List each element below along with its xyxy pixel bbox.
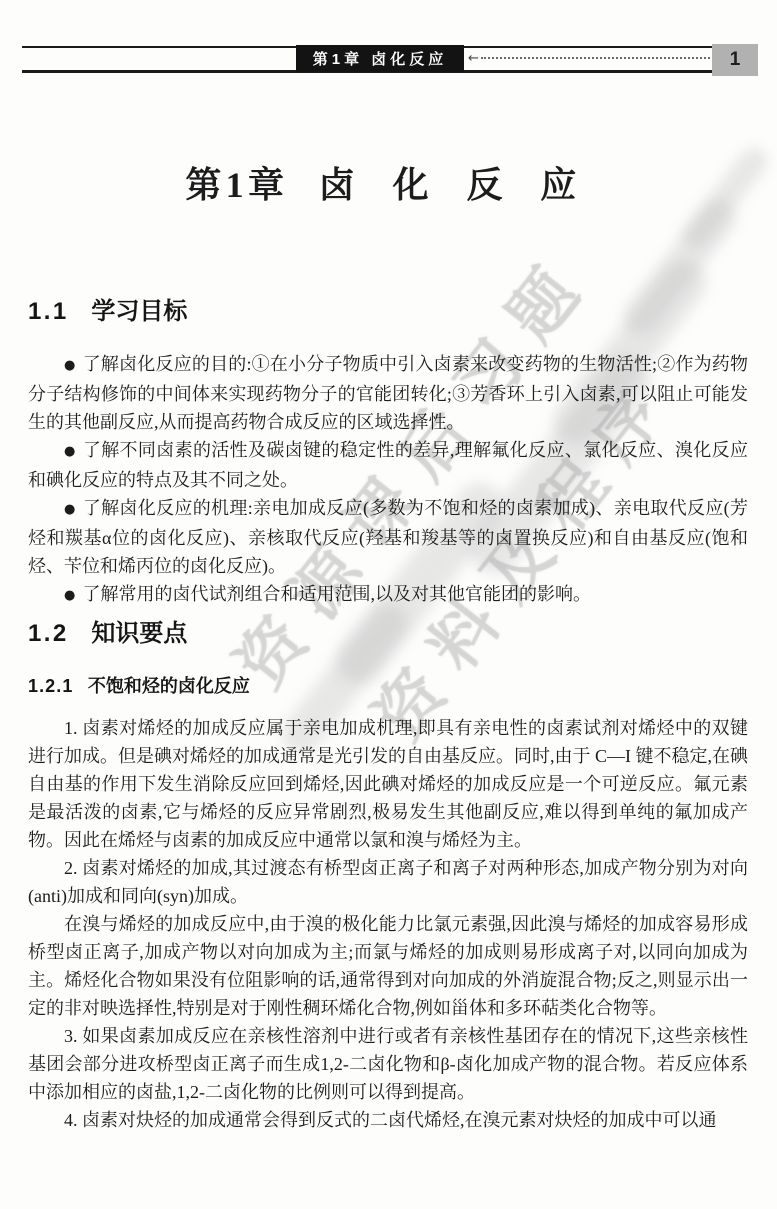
bullet-icon: ●	[64, 502, 76, 517]
bullet-item: ●了解常用的卤代试剂组合和适用范围,以及对其他官能团的影响。	[28, 580, 748, 610]
bullet-icon: ●	[64, 358, 76, 373]
paragraph: 4. 卤素对炔烃的加成通常会得到反式的二卤代烯烃,在溴元素对炔烃的加成中可以通	[28, 1106, 748, 1134]
bullet-item: ●了解卤化反应的目的:①在小分子物质中引入卤素来改变药物的生物活性;②作为药物分…	[28, 350, 748, 436]
bullet-item: ●了解卤化反应的机理:亲电加成反应(多数为不饱和烃的卤素加成)、亲电取代反应(芳…	[28, 494, 748, 580]
learning-goals-list: ●了解卤化反应的目的:①在小分子物质中引入卤素来改变药物的生物活性;②作为药物分…	[28, 350, 748, 610]
bullet-item: ●了解不同卤素的活性及碳卤键的稳定性的差异,理解氟化反应、氯化反应、溴化反应和碘…	[28, 436, 748, 494]
subsection-number: 1.2.1	[28, 676, 73, 696]
bullet-text: 了解常用的卤代试剂组合和适用范围,以及对其他官能团的影响。	[82, 584, 591, 604]
subsection-title: 不饱和烃的卤化反应	[88, 676, 250, 696]
paragraph: 在溴与烯烃的加成反应中,由于溴的极化能力比氯元素强,因此溴与烯烃的加成容易形成桥…	[28, 910, 748, 1022]
bullet-text: 了解不同卤素的活性及碳卤键的稳定性的差异,理解氟化反应、氯化反应、溴化反应和碘化…	[28, 440, 748, 490]
header-leader: ←	[468, 46, 710, 70]
chapter-name: 卤 化 反 应	[319, 165, 591, 205]
chapter-title: 第1章卤 化 反 应	[28, 0, 748, 210]
section-number: 1.1	[28, 298, 69, 325]
section-number: 1.2	[28, 620, 69, 647]
section-heading-1-2: 1.2知识要点	[28, 618, 748, 650]
running-header-chapter: 第1章 卤化反应	[296, 45, 464, 72]
page-number: 1	[730, 49, 741, 71]
bullet-icon: ●	[64, 444, 76, 459]
subsection-heading-1-2-1: 1.2.1不饱和烃的卤化反应	[28, 674, 748, 698]
section-title: 知识要点	[91, 620, 187, 647]
page-number-badge: 1	[712, 44, 758, 76]
bullet-text: 了解卤化反应的目的:①在小分子物质中引入卤素来改变药物的生物活性;②作为药物分子…	[28, 354, 748, 432]
paragraph: 3. 如果卤素加成反应在亲核性溶剂中进行或者有亲核性基团存在的情况下,这些亲核性…	[28, 1022, 748, 1106]
chapter-number: 第1章	[185, 165, 288, 205]
section-title: 学习目标	[91, 298, 187, 325]
page-content: 第1章卤 化 反 应 1.1学习目标 ●了解卤化反应的目的:①在小分子物质中引入…	[0, 0, 777, 1134]
bullet-icon: ●	[64, 588, 75, 603]
dotted-leader-line	[481, 57, 710, 59]
section-heading-1-1: 1.1学习目标	[28, 296, 748, 328]
key-points-body: 1. 卤素对烯烃的加成反应属于亲电加成机理,即具有亲电性的卤素试剂对烯烃中的双键…	[28, 714, 748, 1134]
paragraph: 1. 卤素对烯烃的加成反应属于亲电加成机理,即具有亲电性的卤素试剂对烯烃中的双键…	[28, 714, 748, 854]
bullet-text: 了解卤化反应的机理:亲电加成反应(多数为不饱和烃的卤素加成)、亲电取代反应(芳烃…	[28, 498, 748, 576]
running-header-chapter-label: 第1章 卤化反应	[313, 48, 448, 69]
paragraph: 2. 卤素对烯烃的加成,其过渡态有桥型卤正离子和离子对两种形态,加成产物分别为对…	[28, 854, 748, 910]
arrow-left-icon: ←	[468, 52, 479, 65]
